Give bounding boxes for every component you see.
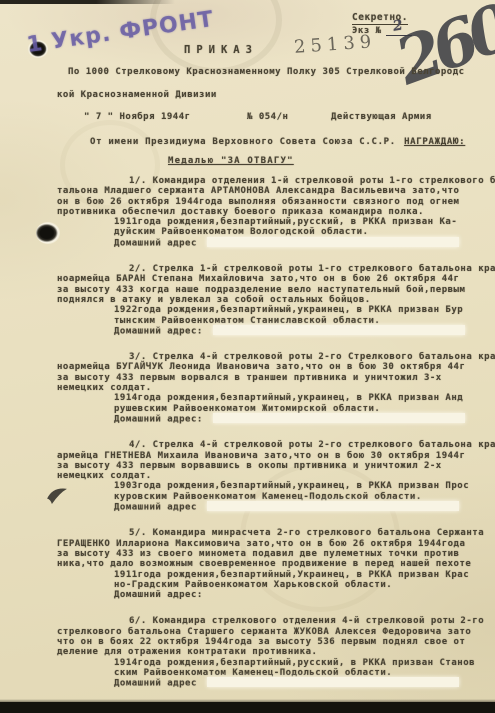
redaction-box xyxy=(207,237,459,247)
text-line-content: за высоту 433 первым ворвался в траншеи … xyxy=(57,373,442,383)
army-status: Действующая Армия xyxy=(331,112,432,122)
text-line-content: за высоту 433 из своего миномета подавил… xyxy=(57,549,459,559)
redaction-box xyxy=(213,413,465,423)
text-line-content: армейца ГНЕТНЕВА Михаила Ивановича зато,… xyxy=(57,451,465,461)
text-line-content: стрелкового батальона Старшего сержанта … xyxy=(57,627,471,637)
award-intro-prefix: От имени Президиума Верховного Совета Со… xyxy=(90,137,396,147)
text-line: армейца ГНЕТНЕВА Михаила Ивановича зато,… xyxy=(57,451,483,461)
text-line: 3/. Стрелка 4-й стрелковой роты 2-го Стр… xyxy=(57,352,483,362)
text-line-content: 1922года рождения,безпартийный,украинец,… xyxy=(114,305,463,315)
text-line: 4/. Стрелка 4-й стрелковой роты 2-го стр… xyxy=(57,440,483,450)
text-line: 1922года рождения,безпартийный,украинец,… xyxy=(57,305,483,315)
award-paragraphs: 1/. Командира отделения 1-й стрелковой р… xyxy=(57,176,483,704)
text-line: 1/. Командира отделения 1-й стрелковой р… xyxy=(57,176,483,186)
text-line-content: тальона Младшего сержанта АРТАМОНОВА Але… xyxy=(57,186,459,196)
award-intro-emphasis: НАГРАЖДАЮ: xyxy=(404,137,465,147)
text-line: Домашний адрес: xyxy=(57,326,483,336)
redaction-box xyxy=(207,677,459,687)
redaction-box xyxy=(213,325,465,335)
text-line: немецких солдат. xyxy=(57,471,483,481)
text-line-content: ноармейца БАРАН Степана Михайловича зато… xyxy=(57,274,459,284)
text-line: Домашний адрес xyxy=(57,238,483,248)
text-line: деление для отражения контратаки противн… xyxy=(57,647,483,657)
text-line-content: немецких солдат. xyxy=(57,383,152,393)
text-line-content: 5/. Командира минрасчета 2-го стрелковог… xyxy=(129,528,484,538)
award-paragraph: 5/. Командира минрасчета 2-го стрелковог… xyxy=(57,528,483,600)
text-line: Домашний адрес: xyxy=(57,590,483,600)
text-line-content: 1914года рождения,безпартийный,русский, … xyxy=(114,658,475,668)
award-paragraph: 2/. Стрелка 1-й стрелковой роты 1-го стр… xyxy=(57,264,483,336)
text-line: Домашний адрес xyxy=(57,502,483,512)
text-line: Домашний адрес xyxy=(57,678,483,688)
text-line-content: ноармейца БУГАЙЧУК Леонида Ивановича зат… xyxy=(57,362,465,372)
issuer-line-2: кой Краснознаменной Дивизии xyxy=(57,90,217,100)
order-number: № 054/н xyxy=(247,112,288,122)
award-paragraph: 6/. Командира стрелкового отделения 4-й … xyxy=(57,616,483,688)
text-line: противника обеспечил доставку боевого пр… xyxy=(57,207,483,217)
text-line: 1914года рождения,безпартийный,русский, … xyxy=(57,658,483,668)
order-title: ПРИКАЗ xyxy=(184,44,258,56)
text-line: 6/. Командира стрелкового отделения 4-й … xyxy=(57,616,483,626)
text-line: за высоту 433 когда наше подразделение в… xyxy=(57,285,483,295)
text-line: Домашний адрес: xyxy=(57,414,483,424)
text-line: ника,что дало возможным своевременное пр… xyxy=(57,559,483,569)
text-line: 2/. Стрелка 1-й стрелковой роты 1-го стр… xyxy=(57,264,483,274)
text-line-content: ГЕРАЩЕНКО Иллариона Максимовича зато,что… xyxy=(57,539,465,549)
text-line: 1911года рождения,безпартийный,русский, … xyxy=(57,217,483,227)
text-line-content: 4/. Стрелка 4-й стрелковой роты 2-го стр… xyxy=(129,440,495,450)
text-line-content: 1914года рождения,безпартийный,украинец,… xyxy=(114,393,463,403)
text-line-content: за высоту 433 когда наше подразделение в… xyxy=(57,285,465,295)
text-line-content: 2/. Стрелка 1-й стрелковой роты 1-го стр… xyxy=(129,264,495,274)
text-line-content: 1911года рождения,безпартийный,русский, … xyxy=(114,217,457,227)
text-line-content: 3/. Стрелка 4-й стрелковой роты 2-го Стр… xyxy=(129,352,495,362)
text-line: за высоту 433 из своего миномета подавил… xyxy=(57,549,483,559)
text-line: 1903года рождения,безпартийный,украинец,… xyxy=(57,481,483,491)
text-line: поднялся в атаку и увлекал за собой оста… xyxy=(57,295,483,305)
text-line-content: Домашний адрес: xyxy=(114,326,203,336)
text-line-content: Домашний адрес xyxy=(114,679,197,689)
medal-heading: Медалью "ЗА ОТВАГУ" xyxy=(168,156,294,166)
text-line: но-Градским Райвоенкоматом Харьковской о… xyxy=(57,580,483,590)
text-line-content: Домашний адрес: xyxy=(114,590,203,600)
text-line-content: деление для отражения контратаки противн… xyxy=(57,647,317,657)
text-line-content: 6/. Командира стрелкового отделения 4-й … xyxy=(129,616,484,626)
text-line: ноармейца БАРАН Степана Михайловича зато… xyxy=(57,274,483,284)
text-line: немецких солдат. xyxy=(57,383,483,393)
redaction-box xyxy=(207,501,459,511)
text-line: 1914года рождения,безпартийный,украинец,… xyxy=(57,393,483,403)
text-line: ГЕРАЩЕНКО Иллариона Максимовича зато,что… xyxy=(57,539,483,549)
text-line-content: Домашний адрес: xyxy=(114,414,203,424)
text-line-content: 1/. Командира отделения 1-й стрелковой р… xyxy=(129,176,495,186)
award-intro-line: От имени Президиума Верховного Совета Со… xyxy=(90,137,465,147)
text-line: ноармейца БУГАЙЧУК Леонида Ивановича зат… xyxy=(57,362,483,372)
issuer-line-1: По 1000 Стрелковому Краснознаменному Пол… xyxy=(68,67,465,77)
text-line: что он в боях 22 октября 1944года за выс… xyxy=(57,637,483,647)
text-line-content: немецких солдат. xyxy=(57,471,152,481)
text-line: за высоту 433 первым ворвался в траншеи … xyxy=(57,373,483,383)
text-line-content: Домашний адрес xyxy=(114,238,197,248)
text-line-content: поднялся в атаку и увлекал за собой оста… xyxy=(57,295,371,305)
scanned-document-page: 1 Укр. ФРОНТ Секретно. Экз № 2 25139 260… xyxy=(0,0,495,713)
text-line: он в бою 26 октября 1944года выполняя об… xyxy=(57,197,483,207)
text-line-content: что он в боях 22 октября 1944года за выс… xyxy=(57,637,465,647)
text-line: 5/. Командира минрасчета 2-го стрелковог… xyxy=(57,528,483,538)
text-line-content: 1911года рождения,безпартийный,Украинец,… xyxy=(114,570,469,580)
text-line-content: но-Градским Райвоенкоматом Харьковской о… xyxy=(114,580,392,590)
text-line: стрелкового батальона Старшего сержанта … xyxy=(57,627,483,637)
text-line-content: ника,что дало возможным своевременное пр… xyxy=(57,559,471,569)
award-paragraph: 1/. Командира отделения 1-й стрелковой р… xyxy=(57,176,483,248)
text-line-content: противника обеспечил доставку боевого пр… xyxy=(57,207,424,217)
text-line-content: он в бою 26 октября 1944года выполняя об… xyxy=(57,197,459,207)
text-line-content: 1903года рождения,безпартийный,украинец,… xyxy=(114,481,469,491)
text-line-content: за высоту 433 первым ворвавшись в окопы … xyxy=(57,461,442,471)
order-date: " 7 " Ноября 1944г xyxy=(84,112,191,122)
text-line: 1911года рождения,безпартийный,Украинец,… xyxy=(57,570,483,580)
text-line: за высоту 433 первым ворвавшись в окопы … xyxy=(57,461,483,471)
award-paragraph: 4/. Стрелка 4-й стрелковой роты 2-го стр… xyxy=(57,440,483,512)
text-line: тальона Младшего сержанта АРТАМОНОВА Але… xyxy=(57,186,483,196)
scan-edge-top xyxy=(0,0,175,4)
award-paragraph: 3/. Стрелка 4-й стрелковой роты 2-го Стр… xyxy=(57,352,483,424)
text-line-content: Домашний адрес xyxy=(114,503,197,513)
handstamped-registry-number: 25139 xyxy=(293,31,377,58)
